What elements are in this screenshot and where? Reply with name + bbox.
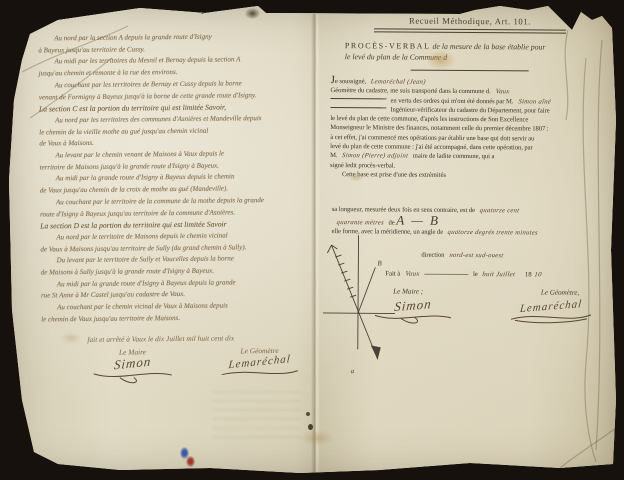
manuscript-text: Au nord par la section A depuis la grand… bbox=[38, 31, 317, 326]
fill-line bbox=[424, 274, 468, 275]
separator-rule bbox=[411, 70, 529, 72]
ink-spot bbox=[306, 412, 310, 416]
fill-rule bbox=[331, 98, 387, 99]
paper-sheet: Au nord par la section A depuis la grand… bbox=[0, 0, 624, 480]
title-lead: PROCÈS-VERBAL bbox=[345, 41, 431, 51]
handwritten-year: 10 bbox=[534, 271, 543, 280]
ink-bleedthrough bbox=[213, 384, 301, 444]
handwritten-direction: nord-est sud-ouest bbox=[448, 251, 503, 261]
manuscript-line: le chemin de Vaux jusqu'au territoire de… bbox=[41, 311, 317, 326]
double-rule bbox=[374, 28, 566, 33]
left-page: Au nord par la section A depuis la grand… bbox=[38, 23, 318, 386]
right-page: Recueil Méthodique, Art. 101. PROCÈS-VER… bbox=[329, 15, 609, 327]
geometre-signature-block: Le Géomètre Lemaréchal bbox=[219, 345, 299, 384]
compass-label-a: a bbox=[351, 367, 355, 375]
form-header: Recueil Méthodique, Art. 101. bbox=[331, 15, 609, 27]
handwritten-date: huit Juillet bbox=[482, 271, 516, 281]
seal-red-spot bbox=[186, 456, 195, 467]
handwritten-commune: Vaux bbox=[495, 87, 510, 96]
geometre-signature-block: Lemaréchal bbox=[509, 299, 593, 327]
seal-blue-spot bbox=[180, 447, 189, 459]
form-title: PROCÈS-VERBAL de la mesure de la base ét… bbox=[331, 41, 609, 64]
title-rest: de la mesure de la base établie pour bbox=[432, 42, 545, 52]
handwritten-name: Lemaréchal (Jean) bbox=[370, 77, 426, 87]
left-signature-row: Le Maire Simon Le Géomètre Lemaréchal bbox=[41, 341, 317, 386]
page-number: 1 bbox=[200, 6, 205, 16]
wax-seal-mark bbox=[180, 447, 198, 469]
base-endpoints-label: A — B bbox=[396, 212, 440, 227]
scanned-document: Au nord par la section A depuis la grand… bbox=[0, 0, 624, 480]
compass-sketch: B a bbox=[321, 227, 418, 384]
title-line2: le levé du plan de la Commune d bbox=[345, 52, 447, 62]
handwritten-length2: quarante mètres bbox=[336, 218, 385, 228]
handwritten-length1: quatorze cent bbox=[479, 206, 520, 216]
maire-signature-block: Le Maire Simon bbox=[89, 347, 175, 386]
compass-label-b: B bbox=[377, 259, 382, 267]
geometre-label: Le Géomètre, bbox=[541, 288, 579, 298]
fill-rule bbox=[330, 107, 386, 108]
ink-blot bbox=[245, 8, 260, 19]
handwritten-angle: quatorze degrés trente minutes bbox=[447, 228, 539, 238]
handwritten-maire: Simon (Pierre) adjoint bbox=[341, 151, 408, 161]
handwritten-engineer: Simon aîné bbox=[517, 97, 551, 107]
